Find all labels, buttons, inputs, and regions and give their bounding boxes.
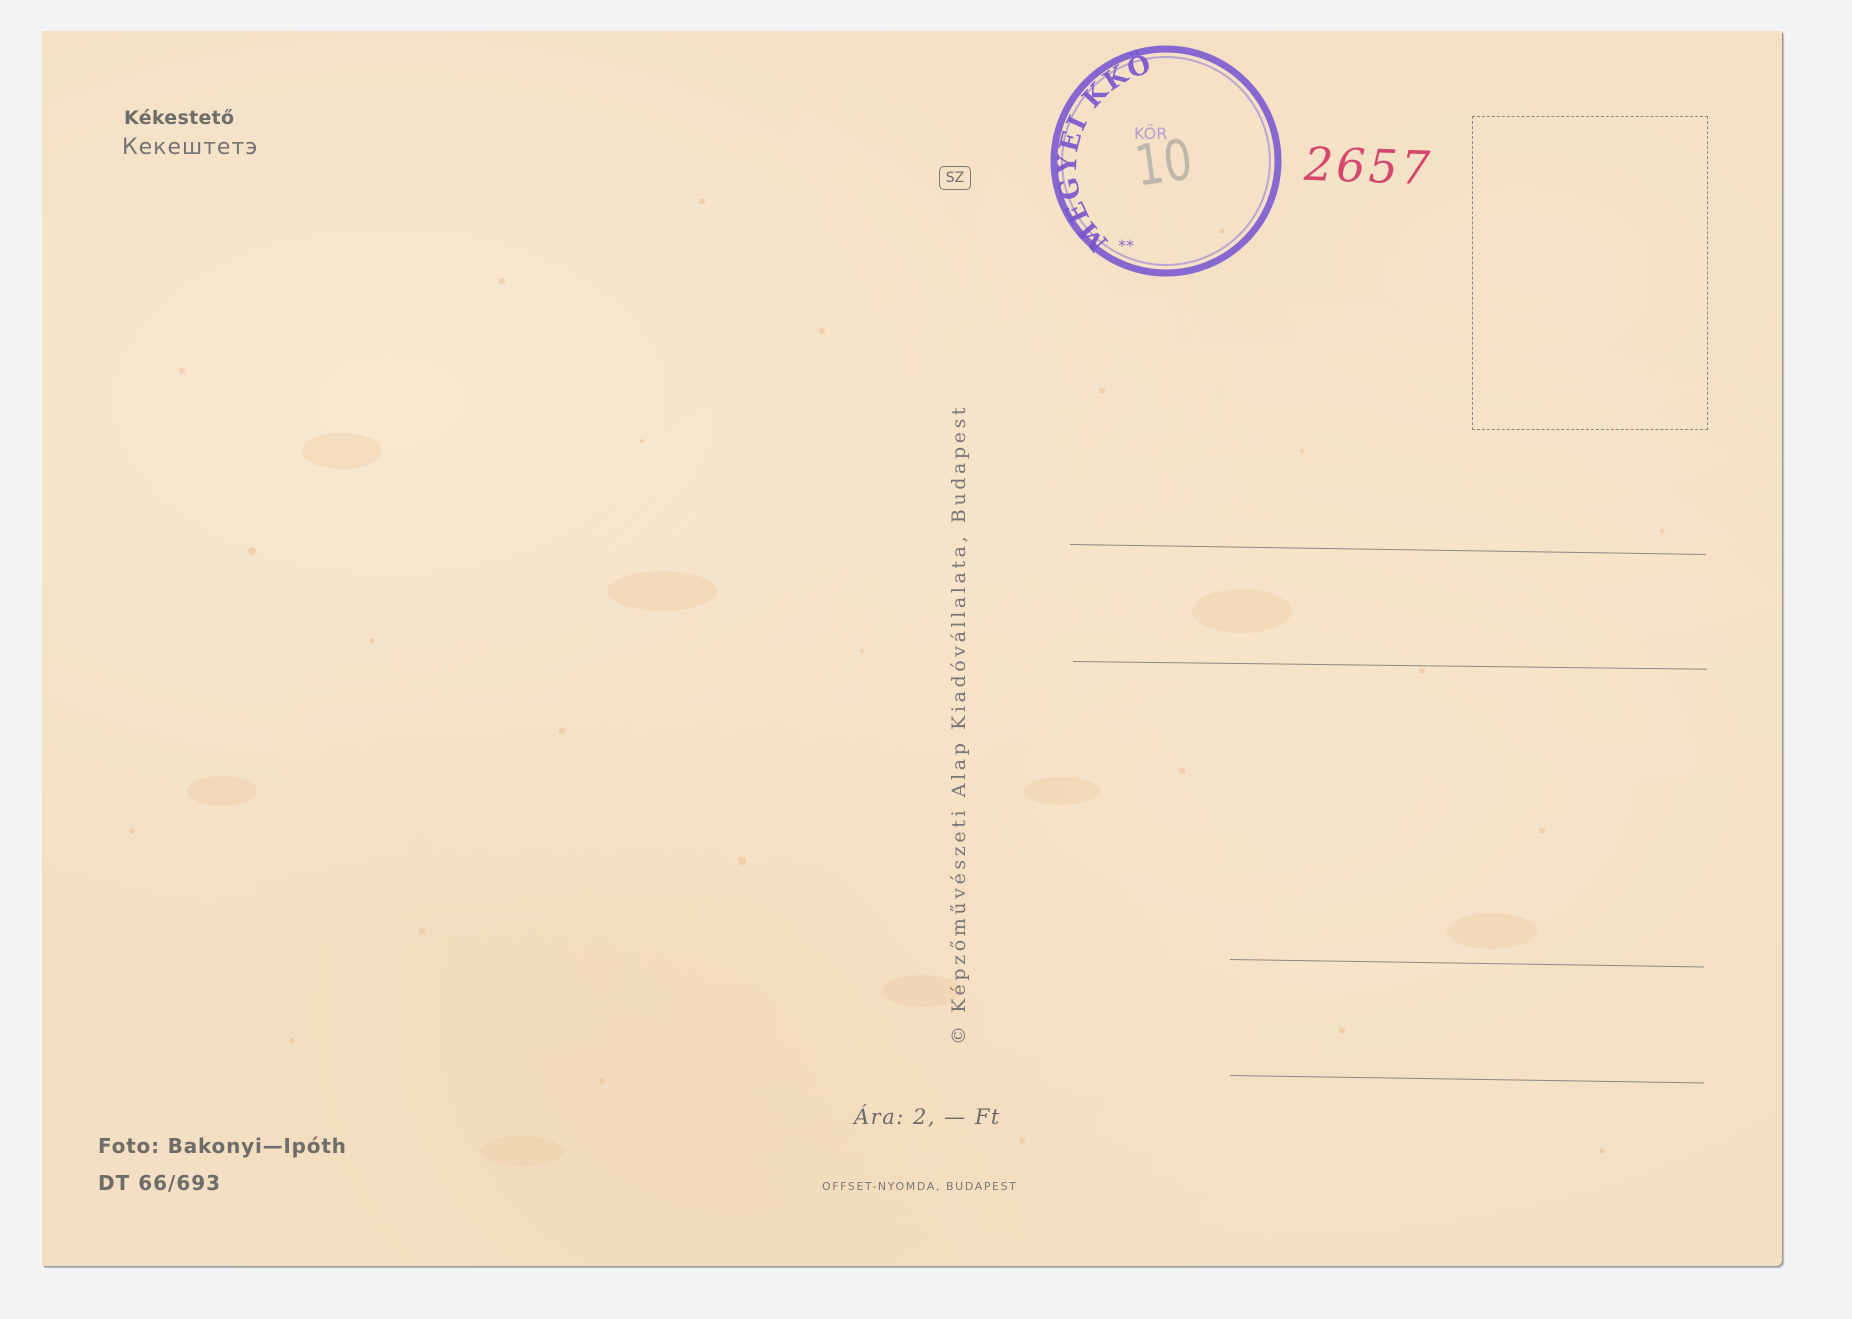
scan-background: Kékestető Кекештетэ SZ © Képzőművészeti … — [0, 0, 1852, 1319]
svg-text:**: ** — [1118, 236, 1134, 255]
address-line-4 — [1230, 1075, 1704, 1083]
publisher-line: © Képzőművészeti Alap Kiadóvállalata, Bu… — [948, 404, 970, 1045]
price-label: Ára: 2, — Ft — [854, 1105, 1001, 1129]
publisher-logo-icon: SZ — [939, 166, 971, 190]
handwritten-number: 2657 — [1303, 137, 1434, 195]
pencil-mark: 10 — [1131, 127, 1197, 199]
address-line-1 — [1070, 544, 1706, 555]
title-hungarian: Kékestető — [124, 107, 234, 129]
postcard-back: Kékestető Кекештетэ SZ © Képzőművészeti … — [42, 31, 1782, 1266]
printer-imprint: OFFSET-NYOMDA, BUDAPEST — [822, 1180, 1018, 1193]
address-line-2 — [1073, 661, 1707, 670]
photo-credit: Foto: Bakonyi—Ipóth — [98, 1134, 347, 1158]
address-line-3 — [1230, 959, 1704, 967]
series-code: DT 66/693 — [98, 1171, 221, 1195]
stamp-placeholder-box — [1472, 116, 1708, 430]
title-russian: Кекештетэ — [122, 135, 258, 160]
